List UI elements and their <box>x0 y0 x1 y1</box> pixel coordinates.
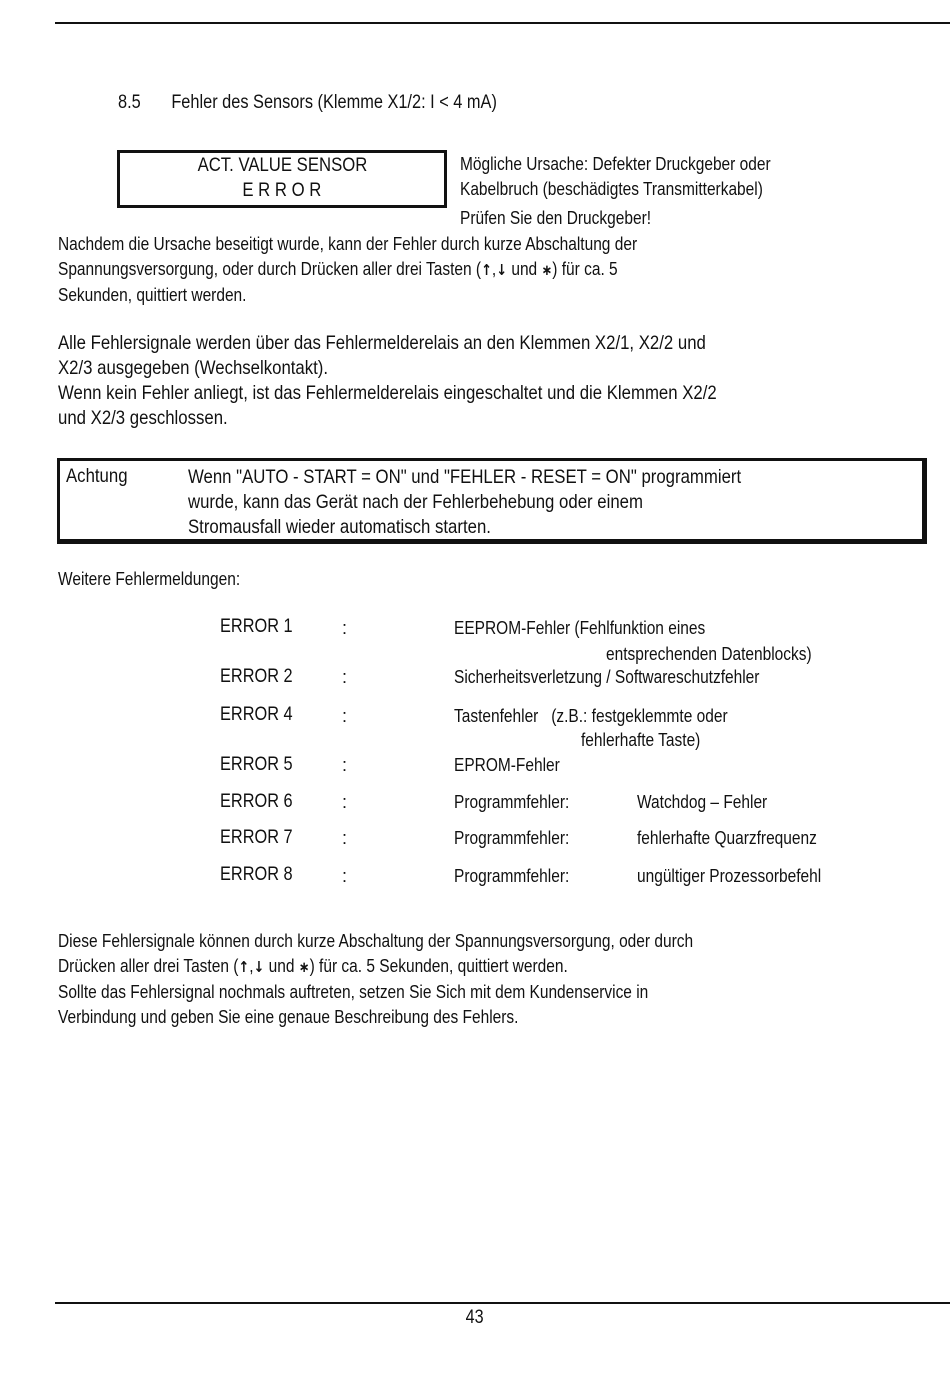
error-separator: : <box>342 792 347 813</box>
error-description: Programmfehler: <box>454 866 569 887</box>
asterisk-icon: ∗ <box>541 261 552 279</box>
error-description: Programmfehler: <box>454 828 569 849</box>
cause-line-1: Mögliche Ursache: Defekter Druckgeber od… <box>460 154 771 175</box>
error-code: ERROR 2 <box>220 666 293 688</box>
lcd-line-2: E R R O R <box>120 180 444 202</box>
relay-line-4: und X2/3 geschlossen. <box>58 406 717 431</box>
arrow-down-icon: ↓ <box>254 958 265 976</box>
error-separator: : <box>342 618 347 639</box>
header-rule <box>55 22 950 24</box>
reset-paragraph: Nachdem die Ursache beseitigt wurde, kan… <box>58 232 637 308</box>
warning-label: Achtung <box>66 465 128 488</box>
asterisk-icon: ∗ <box>299 958 310 976</box>
section-title: Fehler des Sensors (Klemme X1/2: I < 4 m… <box>171 92 497 113</box>
closing-line-1: Diese Fehlersignale können durch kurze A… <box>58 929 693 954</box>
error-separator: : <box>342 866 347 887</box>
lcd-display-box: ACT. VALUE SENSOR E R R O R <box>117 150 447 208</box>
error-code: ERROR 5 <box>220 754 293 776</box>
error-separator: : <box>342 755 347 776</box>
relay-line-1: Alle Fehlersignale werden über das Fehle… <box>58 331 717 356</box>
error-description: EPROM-Fehler <box>454 755 560 776</box>
footer-rule <box>55 1302 950 1304</box>
reset-line-2: Spannungsversorgung, oder durch Drücken … <box>58 257 637 283</box>
error-description-cont: entsprechenden Datenblocks) <box>606 644 812 665</box>
error-separator: : <box>342 667 347 688</box>
warning-line-3: Stromausfall wieder automatisch starten. <box>188 515 741 540</box>
closing-line-3: Sollte das Fehlersignal nochmals auftret… <box>58 980 693 1005</box>
cause-line-3: Prüfen Sie den Druckgeber! <box>460 208 651 229</box>
more-errors-heading: Weitere Fehlermeldungen: <box>58 567 240 592</box>
arrow-up-icon: ↑ <box>238 958 249 976</box>
reset-line-3: Sekunden, quittiert werden. <box>58 283 637 308</box>
warning-line-2: wurde, kann das Gerät nach der Fehlerbeh… <box>188 490 741 515</box>
error-detail: fehlerhafte Quarzfrequenz <box>637 828 817 849</box>
closing-paragraph: Diese Fehlersignale können durch kurze A… <box>58 929 693 1030</box>
lcd-line-1: ACT. VALUE SENSOR <box>120 155 444 177</box>
error-code: ERROR 1 <box>220 616 293 638</box>
error-detail: ungültiger Prozessorbefehl <box>637 866 821 887</box>
error-code: ERROR 6 <box>220 791 293 813</box>
page-number: 43 <box>0 1307 950 1329</box>
error-code: ERROR 8 <box>220 864 293 886</box>
error-description-cont: fehlerhafte Taste) <box>581 730 700 751</box>
warning-text: Wenn "AUTO - START = ON" und "FEHLER - R… <box>188 465 741 540</box>
reset-line-1: Nachdem die Ursache beseitigt wurde, kan… <box>58 232 637 257</box>
closing-line-2: Drücken aller drei Tasten (↑,↓ und ∗) fü… <box>58 954 693 980</box>
arrow-down-icon: ↓ <box>496 261 507 279</box>
section-heading: 8.5Fehler des Sensors (Klemme X1/2: I < … <box>118 92 497 114</box>
error-separator: : <box>342 828 347 849</box>
error-description: EEPROM-Fehler (Fehlfunktion eines <box>454 618 705 639</box>
error-description: Programmfehler: <box>454 792 569 813</box>
cause-line-2: Kabelbruch (beschädigtes Transmitterkabe… <box>460 179 763 200</box>
error-description: Sicherheitsverletzung / Softwareschutzfe… <box>454 667 759 688</box>
warning-box: Achtung Wenn "AUTO - START = ON" und "FE… <box>57 458 927 544</box>
section-number: 8.5 <box>118 92 171 114</box>
closing-line-4: Verbindung und geben Sie eine genaue Bes… <box>58 1005 693 1030</box>
relay-paragraph: Alle Fehlersignale werden über das Fehle… <box>58 331 717 431</box>
error-description: Tastenfehler (z.B.: festgeklemmte oder <box>454 706 728 727</box>
relay-line-2: X2/3 ausgegeben (Wechselkontakt). <box>58 356 717 381</box>
warning-line-1: Wenn "AUTO - START = ON" und "FEHLER - R… <box>188 465 741 490</box>
arrow-up-icon: ↑ <box>481 261 492 279</box>
error-separator: : <box>342 706 347 727</box>
error-detail: Watchdog – Fehler <box>637 792 767 813</box>
error-code: ERROR 4 <box>220 704 293 726</box>
error-code: ERROR 7 <box>220 827 293 849</box>
relay-line-3: Wenn kein Fehler anliegt, ist das Fehler… <box>58 381 717 406</box>
